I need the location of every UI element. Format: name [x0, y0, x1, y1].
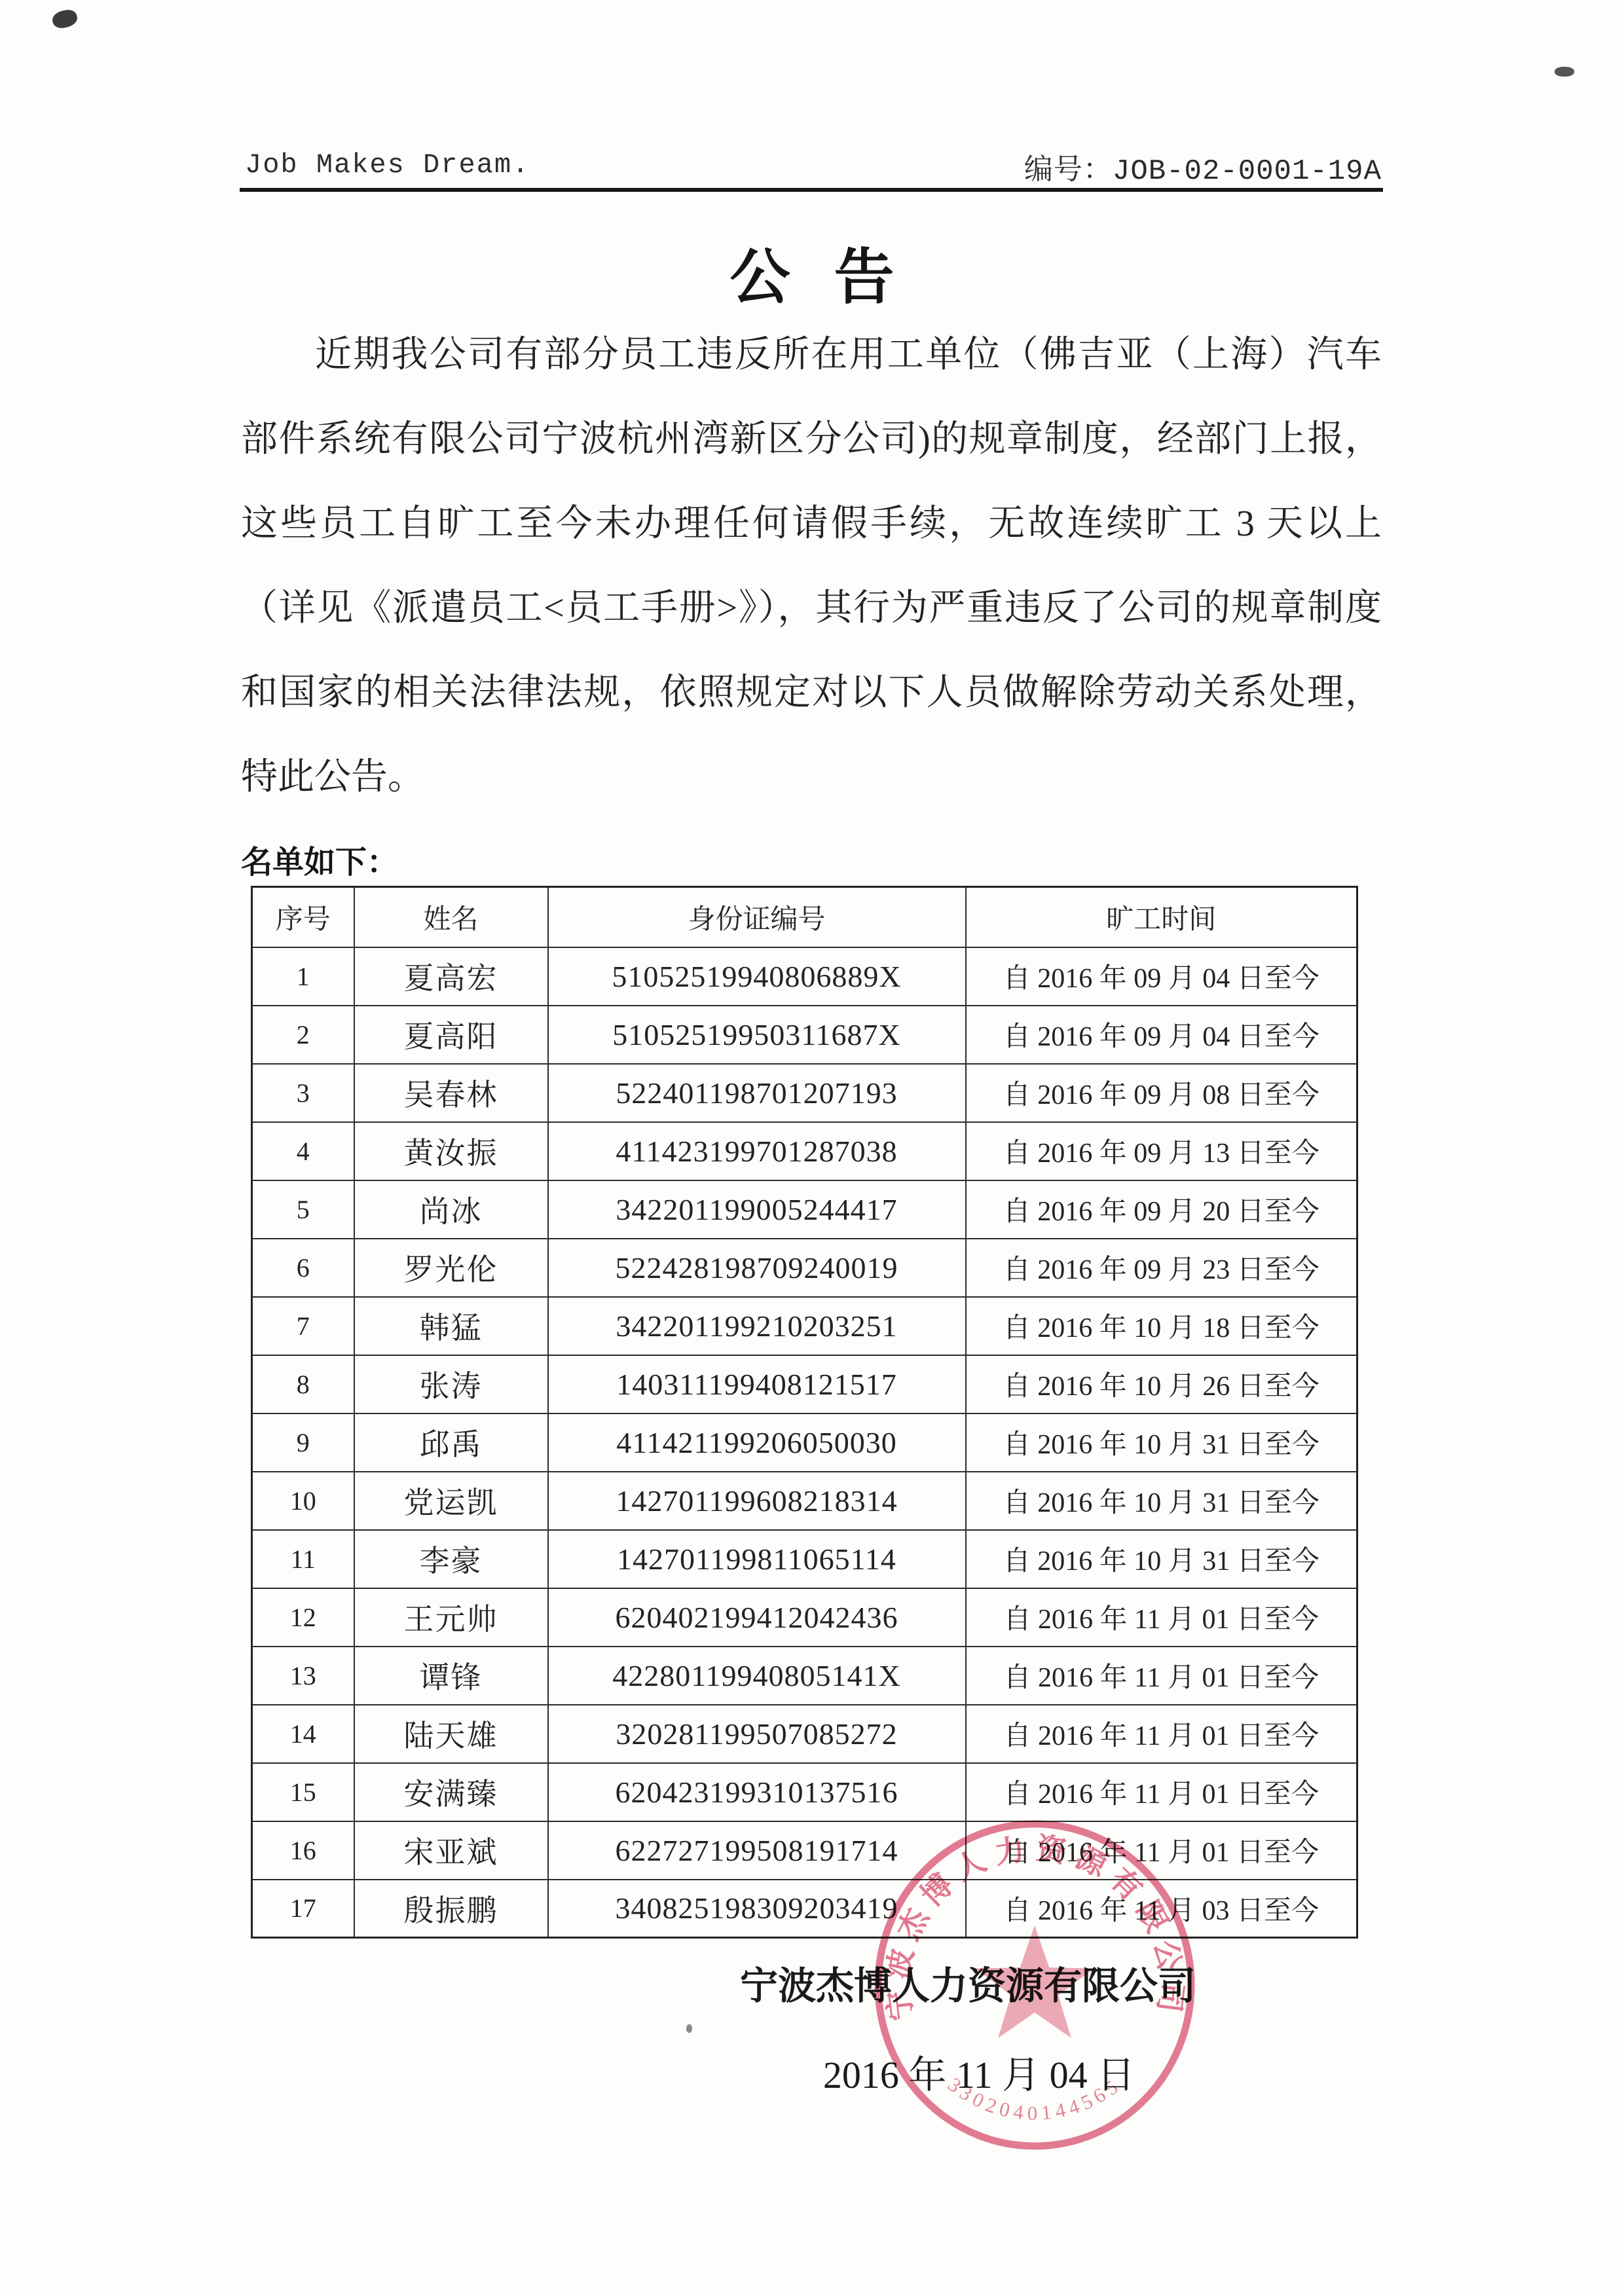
table-row: 15 安满臻 620423199310137516 自 2016 年 11 月 … — [252, 1763, 1357, 1821]
cell-period: 自 2016 年 10 月 31 日至今 — [966, 1472, 1357, 1530]
body-line: （详见《派遣员工<员工手册>》），其行为严重违反了公司的规章制度 — [241, 566, 1382, 651]
cell-seq: 1 — [252, 947, 354, 1006]
cell-name: 尚冰 — [354, 1180, 548, 1239]
cell-period: 自 2016 年 10 月 31 日至今 — [966, 1530, 1357, 1588]
cell-name: 邱禹 — [354, 1413, 548, 1472]
cell-period: 自 2016 年 09 月 13 日至今 — [966, 1122, 1357, 1180]
body-line: 部件系统有限公司宁波杭州湾新区分公司)的规章制度，经部门上报， — [241, 397, 1382, 482]
cell-id: 342201199005244417 — [548, 1180, 966, 1239]
cell-id: 42280119940805141X — [548, 1647, 966, 1705]
cell-id: 522401198701207193 — [548, 1064, 966, 1122]
cell-period: 自 2016 年 11 月 01 日至今 — [966, 1647, 1357, 1705]
table-row: 7 韩猛 342201199210203251 自 2016 年 10 月 18… — [252, 1297, 1357, 1355]
cell-id: 51052519950311687X — [548, 1006, 966, 1064]
cell-period: 自 2016 年 10 月 18 日至今 — [966, 1297, 1357, 1355]
cell-id: 340825198309203419 — [548, 1880, 966, 1938]
body-line: 这些员工自旷工至今未办理任何请假手续，无故连续旷工 3 天以上 — [241, 482, 1382, 566]
cell-name: 吴春林 — [354, 1064, 548, 1122]
cell-name: 王元帅 — [354, 1588, 548, 1647]
cell-name: 安满臻 — [354, 1763, 548, 1821]
scan-speck — [1555, 67, 1574, 77]
cell-id: 620423199310137516 — [548, 1763, 966, 1821]
cell-seq: 6 — [252, 1239, 354, 1297]
table-header-row: 序号 姓名 身份证编号 旷工时间 — [252, 887, 1357, 947]
cell-name: 韩猛 — [354, 1297, 548, 1355]
cell-seq: 2 — [252, 1006, 354, 1064]
col-header-id: 身份证编号 — [548, 887, 966, 947]
table-row: 1 夏高宏 51052519940806889X 自 2016 年 09 月 0… — [252, 947, 1357, 1006]
cell-seq: 5 — [252, 1180, 354, 1239]
table-row: 17 殷振鹏 340825198309203419 自 2016 年 11 月 … — [252, 1880, 1357, 1938]
cell-seq: 10 — [252, 1472, 354, 1530]
announcement-body: 近期我公司有部分员工违反所在用工单位（佛吉亚（上海）汽车 部件系统有限公司宁波杭… — [241, 313, 1382, 820]
page-title: 公 告 — [0, 229, 1624, 316]
signature-date: 2016 年 11 月 04 日 — [167, 2044, 1624, 2099]
header-slogan: Job Makes Dream. — [245, 149, 530, 181]
header-rule — [240, 188, 1383, 192]
cell-period: 自 2016 年 11 月 03 日至今 — [966, 1880, 1357, 1938]
body-line: 近期我公司有部分员工违反所在用工单位（佛吉亚（上海）汽车 — [241, 313, 1382, 397]
cell-name: 党运凯 — [354, 1472, 548, 1530]
cell-period: 自 2016 年 09 月 08 日至今 — [966, 1064, 1357, 1122]
scan-speck — [686, 2024, 692, 2033]
cell-period: 自 2016 年 10 月 26 日至今 — [966, 1355, 1357, 1413]
cell-name: 陆天雄 — [354, 1705, 548, 1763]
cell-seq: 8 — [252, 1355, 354, 1413]
table-row: 16 宋亚斌 622727199508191714 自 2016 年 11 月 … — [252, 1821, 1357, 1880]
table-row: 9 邱禹 411421199206050030 自 2016 年 10 月 31… — [252, 1413, 1357, 1472]
cell-seq: 7 — [252, 1297, 354, 1355]
cell-id: 620402199412042436 — [548, 1588, 966, 1647]
cell-period: 自 2016 年 11 月 01 日至今 — [966, 1763, 1357, 1821]
cell-name: 李豪 — [354, 1530, 548, 1588]
employee-table: 序号 姓名 身份证编号 旷工时间 1 夏高宏 51052519940806889… — [251, 886, 1358, 1939]
scan-speck — [50, 8, 79, 31]
table-row: 13 谭锋 42280119940805141X 自 2016 年 11 月 0… — [252, 1647, 1357, 1705]
cell-seq: 3 — [252, 1064, 354, 1122]
cell-period: 自 2016 年 09 月 04 日至今 — [966, 1006, 1357, 1064]
table-row: 3 吴春林 522401198701207193 自 2016 年 09 月 0… — [252, 1064, 1357, 1122]
table-row: 8 张涛 140311199408121517 自 2016 年 10 月 26… — [252, 1355, 1357, 1413]
cell-id: 522428198709240019 — [548, 1239, 966, 1297]
header-doc-number: 编号：JOB-02-0001-19A — [1024, 145, 1382, 188]
col-header-name: 姓名 — [354, 887, 548, 947]
cell-seq: 17 — [252, 1880, 354, 1938]
cell-id: 140311199408121517 — [548, 1355, 966, 1413]
cell-name: 夏高阳 — [354, 1006, 548, 1064]
cell-name: 夏高宏 — [354, 947, 548, 1006]
table-row: 12 王元帅 620402199412042436 自 2016 年 11 月 … — [252, 1588, 1357, 1647]
cell-id: 142701199811065114 — [548, 1530, 966, 1588]
body-line: 和国家的相关法律法规，依照规定对以下人员做解除劳动关系处理， — [241, 651, 1382, 735]
table-row: 11 李豪 142701199811065114 自 2016 年 10 月 3… — [252, 1530, 1357, 1588]
list-label: 名单如下： — [241, 837, 398, 882]
announcement-page: Job Makes Dream. 编号：JOB-02-0001-19A 公 告 … — [0, 0, 1624, 2296]
body-line: 特此公告。 — [241, 735, 1382, 820]
cell-name: 黄汝振 — [354, 1122, 548, 1180]
table-row: 2 夏高阳 51052519950311687X 自 2016 年 09 月 0… — [252, 1006, 1357, 1064]
cell-period: 自 2016 年 09 月 04 日至今 — [966, 947, 1357, 1006]
cell-id: 411423199701287038 — [548, 1122, 966, 1180]
cell-id: 51052519940806889X — [548, 947, 966, 1006]
cell-name: 宋亚斌 — [354, 1821, 548, 1880]
cell-seq: 9 — [252, 1413, 354, 1472]
cell-id: 320281199507085272 — [548, 1705, 966, 1763]
table-row: 4 黄汝振 411423199701287038 自 2016 年 09 月 1… — [252, 1122, 1357, 1180]
cell-period: 自 2016 年 11 月 01 日至今 — [966, 1821, 1357, 1880]
col-header-seq: 序号 — [252, 887, 354, 947]
col-header-period: 旷工时间 — [966, 887, 1357, 947]
cell-period: 自 2016 年 11 月 01 日至今 — [966, 1588, 1357, 1647]
cell-name: 殷振鹏 — [354, 1880, 548, 1938]
table-row: 14 陆天雄 320281199507085272 自 2016 年 11 月 … — [252, 1705, 1357, 1763]
cell-id: 142701199608218314 — [548, 1472, 966, 1530]
cell-id: 411421199206050030 — [548, 1413, 966, 1472]
cell-seq: 15 — [252, 1763, 354, 1821]
cell-seq: 14 — [252, 1705, 354, 1763]
table-row: 5 尚冰 342201199005244417 自 2016 年 09 月 20… — [252, 1180, 1357, 1239]
cell-seq: 16 — [252, 1821, 354, 1880]
table-row: 6 罗光伦 522428198709240019 自 2016 年 09 月 2… — [252, 1239, 1357, 1297]
signature-company: 宁波杰博人力资源有限公司 — [156, 1955, 1624, 2010]
cell-period: 自 2016 年 11 月 01 日至今 — [966, 1705, 1357, 1763]
table-row: 10 党运凯 142701199608218314 自 2016 年 10 月 … — [252, 1472, 1357, 1530]
cell-period: 自 2016 年 09 月 23 日至今 — [966, 1239, 1357, 1297]
cell-period: 自 2016 年 10 月 31 日至今 — [966, 1413, 1357, 1472]
cell-period: 自 2016 年 09 月 20 日至今 — [966, 1180, 1357, 1239]
cell-seq: 12 — [252, 1588, 354, 1647]
cell-seq: 13 — [252, 1647, 354, 1705]
cell-name: 张涛 — [354, 1355, 548, 1413]
cell-id: 622727199508191714 — [548, 1821, 966, 1880]
cell-seq: 4 — [252, 1122, 354, 1180]
cell-name: 谭锋 — [354, 1647, 548, 1705]
cell-seq: 11 — [252, 1530, 354, 1588]
cell-name: 罗光伦 — [354, 1239, 548, 1297]
cell-id: 342201199210203251 — [548, 1297, 966, 1355]
